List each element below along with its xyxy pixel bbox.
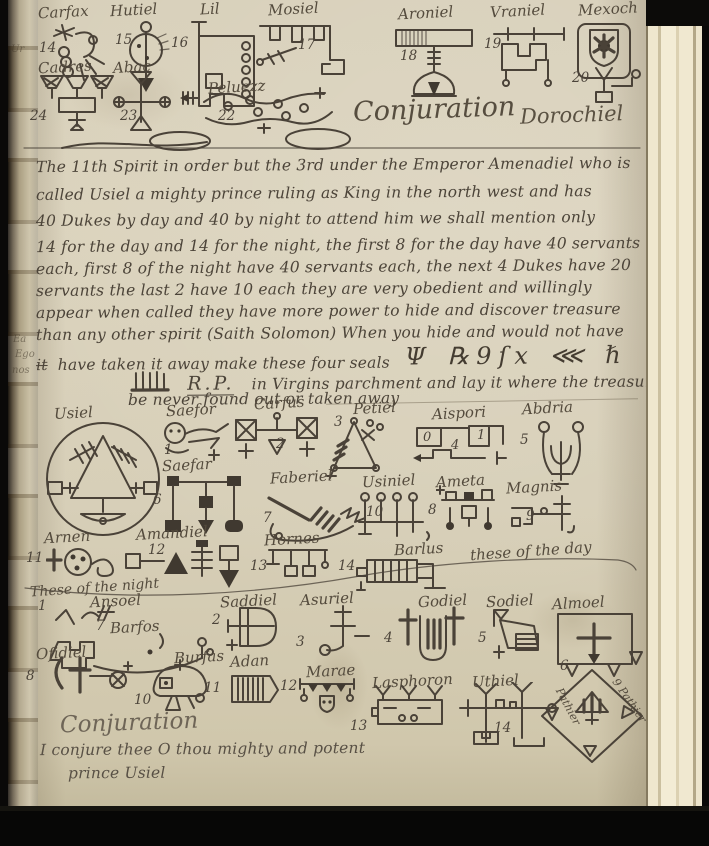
- spirit-number: 6: [153, 492, 162, 508]
- saddiel-sigil-icon: [222, 602, 284, 656]
- usiel-circle-seal-icon: [40, 418, 168, 540]
- godiel-sigil-icon: [398, 602, 466, 670]
- body-line: 40 Dukes by day and 40 by night to atten…: [36, 208, 595, 230]
- ameta-sigil-icon: [436, 484, 502, 542]
- spirit-number: 1: [38, 598, 47, 614]
- spirit-number: 11: [204, 680, 221, 696]
- carfus-sigil-icon: [234, 412, 320, 474]
- spirit-number: 4: [384, 630, 393, 646]
- aroniel-sigil-icon: [390, 20, 480, 102]
- abac-sigil-icon: [110, 68, 172, 134]
- body-line: 14 for the day and 14 for the night, the…: [36, 234, 640, 256]
- spirit-name: Carfax: [38, 2, 89, 23]
- asuriel-sigil-icon: [313, 600, 375, 658]
- aispori-digit: 4: [451, 438, 459, 453]
- spirit-name: Carfus: [254, 393, 305, 414]
- usiniel-sigil-icon: [353, 488, 435, 546]
- aispori-digit: 1: [477, 428, 485, 443]
- body-line: appear when called they have more power …: [36, 300, 621, 322]
- margin-mark: Ur: [11, 44, 24, 55]
- page-title-spirit: Dorochiel: [520, 101, 624, 129]
- book-page-edges: [646, 24, 702, 806]
- body-line: called Usiel a mighty prince ruling as K…: [36, 182, 592, 204]
- margin-mark: Ego: [15, 349, 35, 360]
- spirit-number: 8: [26, 668, 35, 684]
- manuscript-scan: Ur Ea Ego nos Carfax 14 Hutiel 15: [0, 0, 709, 846]
- sodiel-sigil-icon: [486, 606, 546, 662]
- ofidiel-sigil-icon: [48, 652, 136, 700]
- flourish-rule: [22, 126, 642, 156]
- mosiel-sigil-icon: [256, 18, 348, 90]
- spirit-number: 5: [520, 432, 529, 448]
- vraniel-sigil-icon: [490, 20, 570, 88]
- spirit-name: Aispori: [432, 403, 487, 424]
- body-line: each, first 8 of the night have 40 serva…: [36, 256, 631, 278]
- lasphoron-sigil-icon: [370, 682, 452, 740]
- cadres-sigil-icon: [38, 68, 116, 134]
- spirit-name: Vraniel: [490, 1, 546, 22]
- conjuration-heading: Conjuration: [60, 708, 199, 739]
- mexoch-sigil-icon: [570, 16, 644, 106]
- adan-sigil-icon: [226, 666, 286, 710]
- pathier-diamond-seal-icon: [538, 668, 646, 766]
- body-line: servants the last 2 have 10 each they ar…: [36, 278, 592, 300]
- struck-word: it: [36, 356, 48, 374]
- magnis-sigil-icon: [506, 492, 578, 540]
- spirit-number: 2: [212, 612, 221, 628]
- scan-bottom-bar: [0, 806, 709, 846]
- conjuration-line: prince Usiel: [68, 764, 166, 783]
- spirit-name: Abdria: [522, 398, 574, 419]
- body-line: The 11th Spirit in order but the 3rd und…: [36, 154, 631, 176]
- comb-seal-icon: [130, 370, 172, 392]
- spirit-name: Mosiel: [268, 0, 319, 19]
- spirit-name: Saefar: [162, 455, 213, 476]
- manuscript-page: Ur Ea Ego nos Carfax 14 Hutiel 15: [8, 0, 648, 808]
- spirit-number: 12: [280, 678, 297, 694]
- aispori-digit: 0: [423, 430, 431, 445]
- spirit-number: 3: [296, 634, 305, 650]
- spirit-number: 13: [350, 718, 367, 734]
- margin-mark: Ea: [13, 334, 26, 345]
- margin-mark: nos: [12, 365, 30, 376]
- marae-sigil-icon: [296, 672, 360, 720]
- page-title: Conjuration: [353, 91, 516, 128]
- conjuration-line: I conjure thee O thou mighty and potent: [40, 739, 365, 759]
- scan-corner: [646, 0, 709, 26]
